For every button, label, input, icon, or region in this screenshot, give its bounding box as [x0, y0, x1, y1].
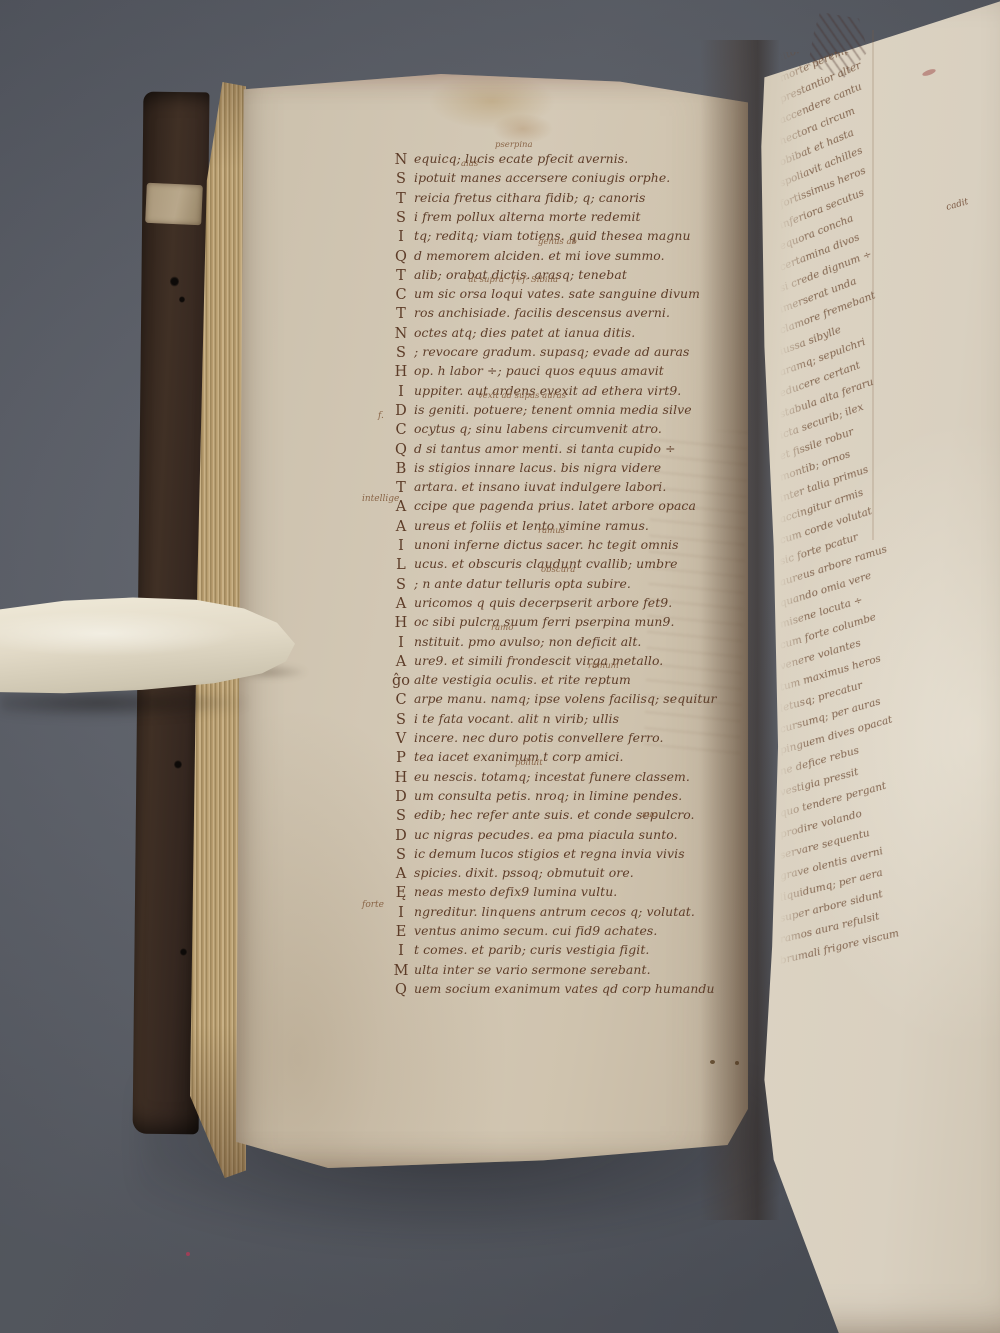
manuscript-line: vexit ad supas aurasDis geniti. potuere;… [388, 399, 692, 418]
line-initial: N [388, 152, 414, 168]
line-text: oc sibi pulcra suum ferri pserpina mun9. [414, 614, 675, 629]
line-initial: A [388, 654, 414, 670]
line-initial: Q [388, 982, 414, 998]
manuscript-line: Tros anchisiade. facilis descensus avern… [388, 302, 670, 321]
line-initial: E [388, 924, 414, 940]
manuscript-line: Carpe manu. namq; ipse volens facilisq; … [388, 688, 717, 707]
interlinear-gloss: obscura [541, 565, 575, 575]
manuscript-line: Treicia fretus cithara fidib; q; canoris [388, 187, 646, 206]
manuscript-line: Si te fata vocant. alit n virib; ullis [388, 708, 619, 727]
line-text: i te fata vocant. alit n virib; ullis [414, 711, 619, 726]
manuscript-line: Vincere. nec duro potis convellere ferro… [388, 727, 664, 746]
line-text: d memorem alciden. et mi iove summo. [414, 248, 665, 263]
line-text: ureus et foliis et lento vimine ramus. [414, 518, 649, 533]
wormhole [180, 948, 187, 956]
line-text: um sic orsa loqui vates. sate sanguine d… [414, 286, 700, 301]
line-text: uem socium exanimum vates qd corp humand… [414, 981, 715, 996]
interlinear-gloss: pserpina [495, 140, 533, 150]
line-initial: C [388, 422, 414, 438]
line-initial: H [388, 364, 414, 380]
line-initial: D [388, 403, 414, 419]
interlinear-gloss: ut supra · ſ÷ſ· Sibilla [468, 275, 558, 285]
interlinear-gloss: ramum [588, 661, 619, 671]
line-text: incere. nec duro potis convellere ferro. [414, 730, 664, 745]
line-initial: S [388, 210, 414, 226]
line-text: octes atq; dies patet at ianua ditis. [414, 325, 635, 340]
line-text: spicies. dixit. pssoq; obmutuit ore. [414, 865, 634, 880]
line-initial: S [388, 847, 414, 863]
line-initial: I [388, 384, 414, 400]
line-initial: I [388, 229, 414, 245]
manuscript-line: ut supra · ſ÷ſ· SibillaCum sic orsa loqu… [388, 283, 700, 302]
line-initial: I [388, 635, 414, 651]
manuscript-line: polluitHeu nescis. totamq; incestat fune… [388, 766, 690, 785]
line-text: nstituit. pmo avulso; non deficit alt. [414, 634, 641, 649]
line-text: ; revocare gradum. supasq; evade ad aura… [414, 344, 690, 359]
line-initial: C [388, 287, 414, 303]
line-text: neas mesto defix9 lumina vultu. [414, 884, 617, 899]
line-initial: Q [388, 249, 414, 265]
line-initial: I [388, 905, 414, 921]
line-text: ros anchisiade. facilis descensus averni… [414, 305, 670, 320]
line-initial: D [388, 789, 414, 805]
line-initial: Q [388, 442, 414, 458]
line-initial: P [388, 750, 414, 766]
line-initial: B [388, 461, 414, 477]
manuscript-line: Duc nigras pecudes. ea pma piacula sunto… [388, 824, 678, 843]
manuscript-line: Tartara. et insano iuvat indulgere labor… [388, 476, 666, 495]
wormhole [174, 760, 182, 769]
line-text: uricomos q quis decerpserit arbore fet9. [414, 595, 672, 610]
manuscript-line: S; revocare gradum. supasq; evade ad aur… [388, 341, 690, 360]
line-text: d si tantus amor menti. si tanta cupido … [414, 441, 676, 456]
line-initial: S [388, 171, 414, 187]
line-text: eu nescis. totamq; incestat funere class… [414, 769, 690, 784]
manuscript-line: aiasSipotuit manes accersere coniugis or… [388, 167, 670, 186]
manuscript-line: Aure9. et simili frondescit virga metall… [388, 650, 663, 669]
manuscript-line: Aureus et foliis et lento vimine ramus. [388, 515, 649, 534]
line-initial: I [388, 538, 414, 554]
manuscript-line: ramusIunoni inferne dictus sacer. hc teg… [388, 534, 679, 553]
line-initial: S [388, 345, 414, 361]
line-text: is geniti. potuere; tenent omnia media s… [414, 402, 692, 417]
manuscript-line: obscuraS; n ante datur telluris opta sub… [388, 573, 631, 592]
manuscript-line: Lucus. et obscuris claudunt cvallib; umb… [388, 553, 678, 572]
manuscript-line: Eventus animo secum. cui fid9 achates. [388, 920, 657, 939]
interlinear-gloss: genus ab [538, 237, 577, 247]
line-text: unoni inferne dictus sacer. hc tegit omn… [414, 537, 679, 552]
line-initial: H [388, 615, 414, 631]
interlinear-gloss: aias [461, 159, 478, 169]
line-initial: L [388, 557, 414, 573]
margin-note: forte [362, 900, 384, 910]
manuscript-line: Noctes atq; dies patet at ianua ditis. [388, 322, 635, 341]
line-initial: T [388, 191, 414, 207]
manuscript-line: Aspicies. dixit. pssoq; obmutuit ore. [388, 862, 634, 881]
line-text: ulta inter se vario sermone serebant. [414, 962, 651, 977]
manuscript-line: Auricomos q quis decerpserit arbore fet9… [388, 592, 672, 611]
line-initial: S [388, 577, 414, 593]
interlinear-gloss: ramo [491, 623, 513, 633]
manuscript-line: Quem socium exanimum vates qd corp human… [388, 978, 715, 997]
wormhole [170, 276, 179, 287]
manuscript-line: Hop. h labor ÷; pauci quos equus amavit [388, 360, 664, 379]
interlinear-gloss: vexit ad supas auras [478, 391, 566, 401]
manuscript-line: Ingreditur. linquens antrum cecos q; vol… [388, 901, 695, 920]
line-initial: A [388, 866, 414, 882]
right-text-block: litore siccomorte peremptuprestantior al… [780, 52, 955, 1042]
left-text-block: pserpinaNequicq; lucis ecate pfecit aver… [388, 148, 718, 1008]
line-initial: Ę [388, 885, 414, 901]
red-fiber-speck [186, 1252, 190, 1256]
manuscript-line: Accipe que pagenda prius. latet arbore o… [388, 495, 696, 514]
line-initial: S [388, 808, 414, 824]
line-text: ccipe que pagenda prius. latet arbore op… [414, 498, 696, 513]
line-initial: C [388, 692, 414, 708]
wormhole [179, 296, 185, 303]
line-text: ; n ante datur telluris opta subire. [414, 576, 631, 591]
manuscript-line: Si frem pollux alterna morte redemit [388, 206, 641, 225]
manuscript-line: Bis stigios innare lacus. bis nigra vide… [388, 457, 661, 476]
manuscript-line: ramoInstituit. pmo avulso; non deficit a… [388, 631, 641, 650]
line-text: equicq; lucis ecate pfecit avernis. [414, 151, 628, 166]
spine-label-patch [145, 183, 203, 225]
line-text: ic demum lucos stigios et regna invia vi… [414, 846, 685, 861]
line-initial: D [388, 828, 414, 844]
line-text: artara. et insano iuvat indulgere labori… [414, 479, 666, 494]
line-initial: ĝo [388, 673, 414, 689]
line-text: ventus animo secum. cui fid9 achates. [414, 923, 657, 938]
line-initial: H [388, 770, 414, 786]
manuscript-line: Ptea iacet exanimum t corp amici. [388, 746, 624, 765]
line-text: reicia fretus cithara fidib; q; canoris [414, 190, 646, 205]
manuscript-line: Qd si tantus amor menti. si tanta cupido… [388, 438, 676, 457]
line-text: is stigios innare lacus. bis nigra vider… [414, 460, 661, 475]
manuscript-line: Sic demum lucos stigios et regna invia v… [388, 843, 685, 862]
line-initial: V [388, 731, 414, 747]
line-text: alte vestigia oculis. et rite reptum [414, 672, 631, 687]
line-text: uc nigras pecudes. ea pma piacula sunto. [414, 827, 678, 842]
interlinear-gloss: ramus [538, 526, 565, 536]
manuscript-line: It comes. et parib; curis vestigia figit… [388, 939, 649, 958]
manuscript-line: pserpinaNequicq; lucis ecate pfecit aver… [388, 148, 628, 167]
line-initial: M [388, 963, 414, 979]
manuscript-line: Cocytus q; sinu labens circumvenit atro. [388, 418, 662, 437]
line-text: ipotuit manes accersere coniugis orphe. [414, 170, 670, 185]
manuscript-line: Dum consulta petis. nroq; in limine pend… [388, 785, 682, 804]
line-initial: S [388, 712, 414, 728]
manuscript-line: Multa inter se vario sermone serebant. [388, 959, 651, 978]
manuscript-line: ramumĝoalte vestigia oculis. et rite rep… [388, 669, 631, 688]
manuscript-line: Hoc sibi pulcra suum ferri pserpina mun9… [388, 611, 675, 630]
line-text: ure9. et simili frondescit virga metallo… [414, 653, 663, 668]
line-initial: T [388, 268, 414, 284]
line-initial: A [388, 596, 414, 612]
line-text: i frem pollux alterna morte redemit [414, 209, 641, 224]
line-text: um consulta petis. nroq; in limine pende… [414, 788, 682, 803]
interlinear-gloss: polluit [515, 758, 543, 768]
margin-note: suo [642, 810, 658, 820]
line-initial: I [388, 943, 414, 959]
manuscript-line: Ęneas mesto defix9 lumina vultu. [388, 881, 617, 900]
manuscript-line: genus abQd memorem alciden. et mi iove s… [388, 245, 665, 264]
margin-note: intellige [362, 494, 399, 504]
line-initial: T [388, 306, 414, 322]
line-text: ngreditur. linquens antrum cecos q; volu… [414, 904, 695, 919]
line-text: op. h labor ÷; pauci quos equus amavit [414, 363, 664, 378]
line-initial: A [388, 519, 414, 535]
line-text: ocytus q; sinu labens circumvenit atro. [414, 421, 662, 436]
line-initial: N [388, 326, 414, 342]
margin-note: f. [378, 411, 384, 421]
line-text: arpe manu. namq; ipse volens facilisq; s… [414, 691, 717, 706]
line-text: t comes. et parib; curis vestigia figit. [414, 942, 649, 957]
